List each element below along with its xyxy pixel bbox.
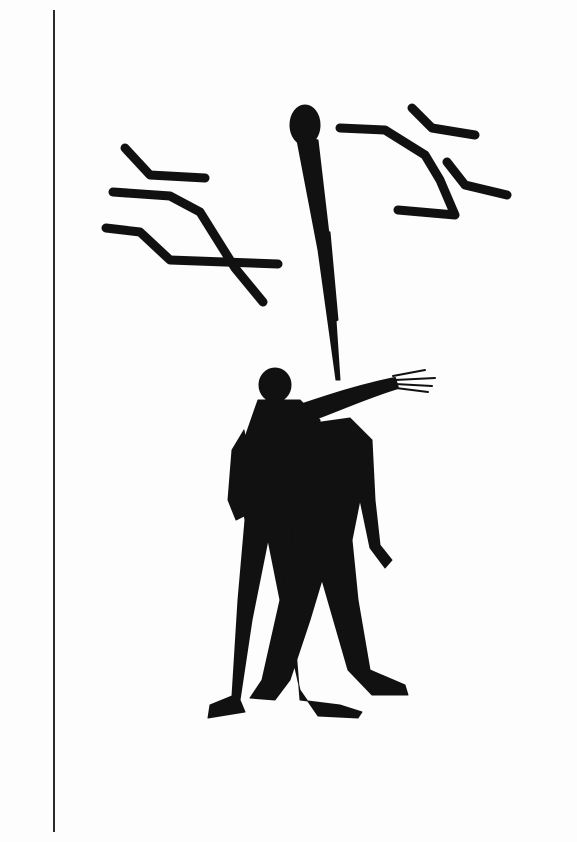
illustration [0,0,577,842]
flying-head [290,105,340,380]
sfx-left-strokes [106,148,278,302]
sfx-right-strokes [340,108,507,215]
manga-page: ミ゛ヌ゛ ゴ゛ [0,0,577,842]
raised-arm [300,370,435,420]
